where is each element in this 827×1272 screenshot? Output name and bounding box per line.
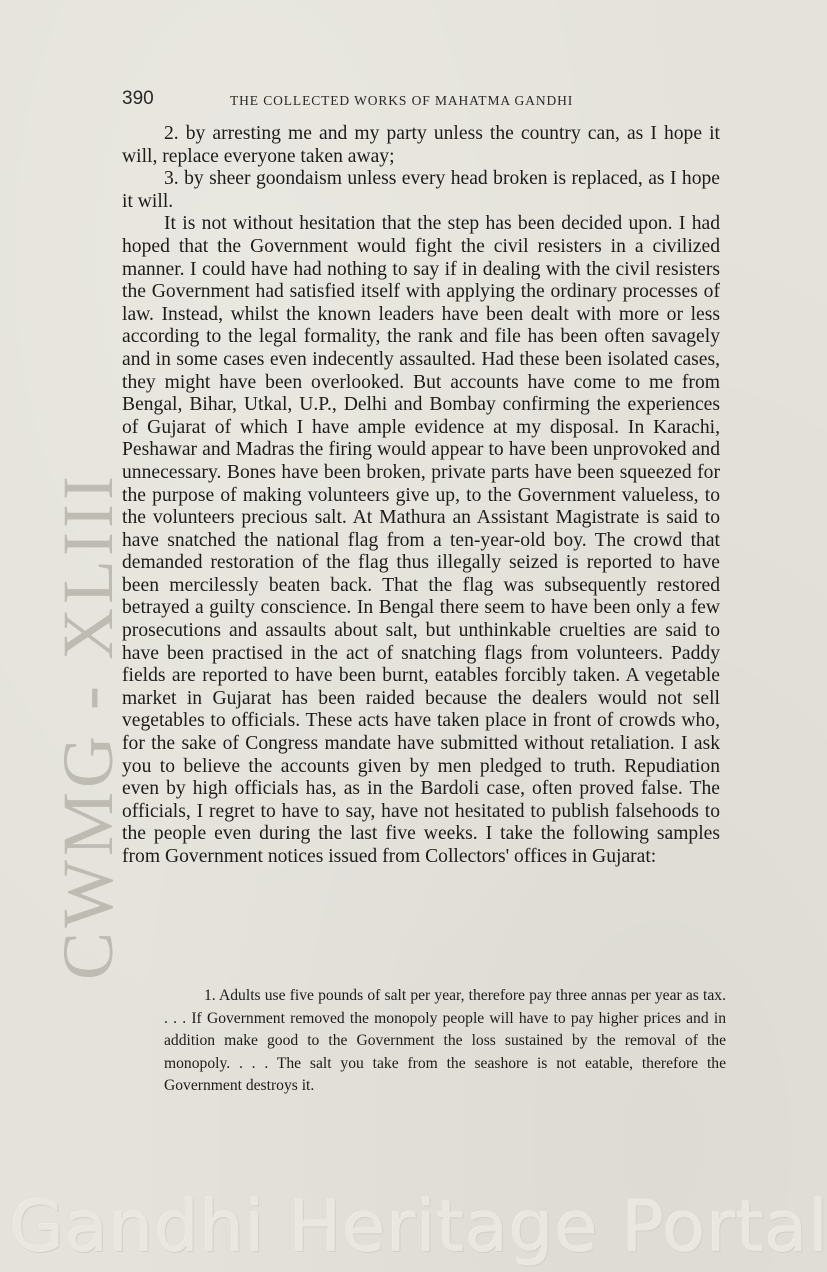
- block-quote: 1. Adults use five pounds of salt per ye…: [164, 985, 726, 1098]
- paragraph-main: It is not without hesitation that the st…: [122, 213, 720, 868]
- portal-watermark: Gandhi Heritage Portal: [10, 1186, 820, 1268]
- page-number: 390: [122, 88, 154, 110]
- running-title: THE COLLECTED WORKS OF MAHATMA GANDHI: [230, 93, 573, 109]
- paragraph-item-3: 3. by sheer goondaism unless every head …: [122, 168, 720, 213]
- scanned-page: CWMG - XLIII 390 THE COLLECTED WORKS OF …: [0, 0, 827, 1272]
- body-text: 2. by arresting me and my party unless t…: [122, 123, 720, 869]
- running-header: 390 THE COLLECTED WORKS OF MAHATMA GANDH…: [122, 88, 722, 112]
- paragraph-item-2: 2. by arresting me and my party unless t…: [122, 123, 720, 168]
- volume-side-watermark: CWMG - XLIII: [52, 280, 124, 980]
- quote-text: 1. Adults use five pounds of salt per ye…: [164, 985, 726, 1098]
